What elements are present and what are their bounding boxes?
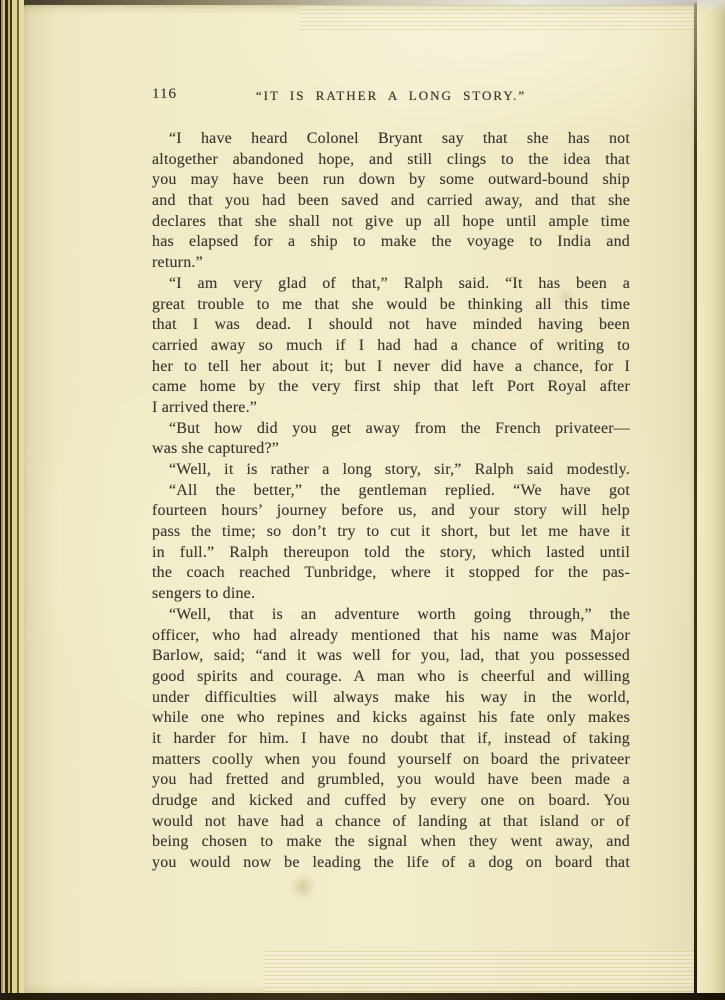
text-line: you had fretted and grumbled, you would …	[152, 770, 630, 791]
text-line: while one who repines and kicks against …	[152, 708, 630, 729]
text-line: carried away so much if I had had a chan…	[152, 336, 630, 357]
text-line: in full.” Ralph thereupon told the story…	[152, 543, 630, 564]
text-block: “I have heard Colonel Bryant say that sh…	[152, 129, 630, 874]
text-line: has elapsed for a ship to make the voyag…	[152, 232, 630, 253]
page-edge-texture-top	[300, 5, 695, 30]
next-page-edge	[697, 0, 725, 1000]
text-line: “All the better,” the gentleman replied.…	[152, 481, 630, 502]
running-header: “IT IS RATHER A LONG STORY.”	[152, 88, 630, 103]
text-line: you may have been run down by some outwa…	[152, 170, 630, 191]
text-line: under difficulties will always make his …	[152, 688, 630, 709]
text-line: pass the time; so don’t try to cut it sh…	[152, 522, 630, 543]
book-binding-page-edges	[0, 0, 24, 1000]
text-line: “I have heard Colonel Bryant say that sh…	[152, 129, 630, 150]
text-line: “But how did you get away from the Frenc…	[152, 419, 630, 440]
book-page-scan: 116 “IT IS RATHER A LONG STORY.” “I have…	[0, 0, 725, 1000]
text-line: “Well, it is rather a long story, sir,” …	[152, 460, 630, 481]
text-line: that I was dead. I should not have minde…	[152, 315, 630, 336]
book-page: 116 “IT IS RATHER A LONG STORY.” “I have…	[24, 5, 695, 995]
text-line: was she captured?”	[152, 439, 630, 460]
text-line: came home by the very first ship that le…	[152, 377, 630, 398]
page-edge-texture-bottom	[264, 951, 695, 995]
text-line: good spirits and courage. A man who is c…	[152, 667, 630, 688]
text-line: you would now be leading the life of a d…	[152, 853, 630, 874]
text-line: the coach reached Tunbridge, where it st…	[152, 563, 630, 584]
text-line: declares that she shall not give up all …	[152, 212, 630, 233]
text-line: matters coolly when you found yourself o…	[152, 750, 630, 771]
text-line: drudge and kicked and cuffed by every on…	[152, 791, 630, 812]
text-line: “I am very glad of that,” Ralph said. “I…	[152, 274, 630, 295]
text-line: great trouble to me that she would be th…	[152, 295, 630, 316]
text-line: and that you had been saved and carried …	[152, 191, 630, 212]
text-line: it harder for him. I have no doubt that …	[152, 729, 630, 750]
text-line: Barlow, said; “and it was well for you, …	[152, 646, 630, 667]
book-bottom-edge	[0, 993, 725, 1000]
paper-stain	[289, 874, 317, 900]
text-line: fourteen hours’ journey before us, and y…	[152, 501, 630, 522]
text-line: return.”	[152, 253, 630, 274]
text-line: sengers to dine.	[152, 584, 630, 605]
text-line: “Well, that is an adventure worth going …	[152, 605, 630, 626]
text-line: her to tell her about it; but I never di…	[152, 357, 630, 378]
text-line: officer, who had already mentioned that …	[152, 626, 630, 647]
text-line: would not have had a chance of landing a…	[152, 812, 630, 833]
text-line: altogether abandoned hope, and still cli…	[152, 150, 630, 171]
text-line: being chosen to make the signal when the…	[152, 832, 630, 853]
text-line: I arrived there.”	[152, 398, 630, 419]
